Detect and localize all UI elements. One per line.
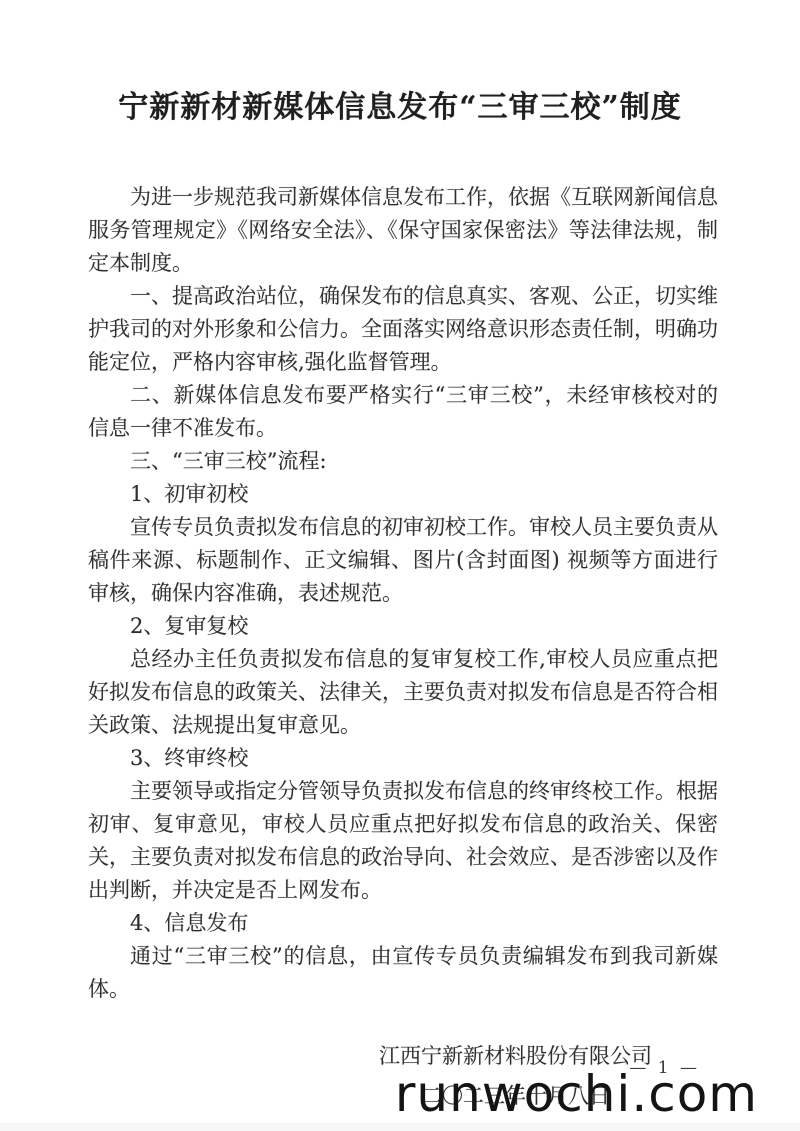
watermark-text: runwochi.com — [395, 1069, 758, 1119]
step-3-paragraph: 主要领导或指定分管领导负责拟发布信息的终审终校工作。根据初审、复审意见，审校人员… — [88, 775, 718, 907]
document-body: 为进一步规范我司新媒体信息发布工作，依据《互联网新闻信息服务管理规定》《网络安全… — [88, 181, 718, 1006]
step-4-paragraph: 通过“三审三校”的信息，由宣传专员负责编辑发布到我司新媒体。 — [88, 940, 718, 1006]
step-3-heading: 3、终审终校 — [88, 742, 718, 775]
page-number: — 1 — — [629, 1058, 700, 1078]
step-2-paragraph: 总经办主任负责拟发布信息的复审复校工作,审校人员应重点把好拟发布信息的政策关、法… — [88, 643, 718, 742]
step-1-paragraph: 宣传专员负责拟发布信息的初审初校工作。审校人员主要负责从稿件来源、标题制作、正文… — [88, 511, 718, 610]
step-2-heading: 2、复审复校 — [88, 610, 718, 643]
document-page: 宁新新材新媒体信息发布“三审三校”制度 为进一步规范我司新媒体信息发布工作，依据… — [0, 0, 800, 1131]
step-1-heading: 1、初审初校 — [88, 478, 718, 511]
scan-edge-strip — [0, 1123, 800, 1131]
section-3-heading: 三、“三审三校”流程: — [88, 445, 718, 478]
step-4-heading: 4、信息发布 — [88, 907, 718, 940]
document-title: 宁新新材新媒体信息发布“三审三校”制度 — [55, 86, 745, 130]
section-1-paragraph: 一、提高政治站位，确保发布的信息真实、客观、公正，切实维护我司的对外形象和公信力… — [88, 280, 718, 379]
intro-paragraph: 为进一步规范我司新媒体信息发布工作，依据《互联网新闻信息服务管理规定》《网络安全… — [88, 181, 718, 280]
section-2-paragraph: 二、新媒体信息发布要严格实行“三审三校”，未经审核校对的信息一律不准发布。 — [88, 379, 718, 445]
